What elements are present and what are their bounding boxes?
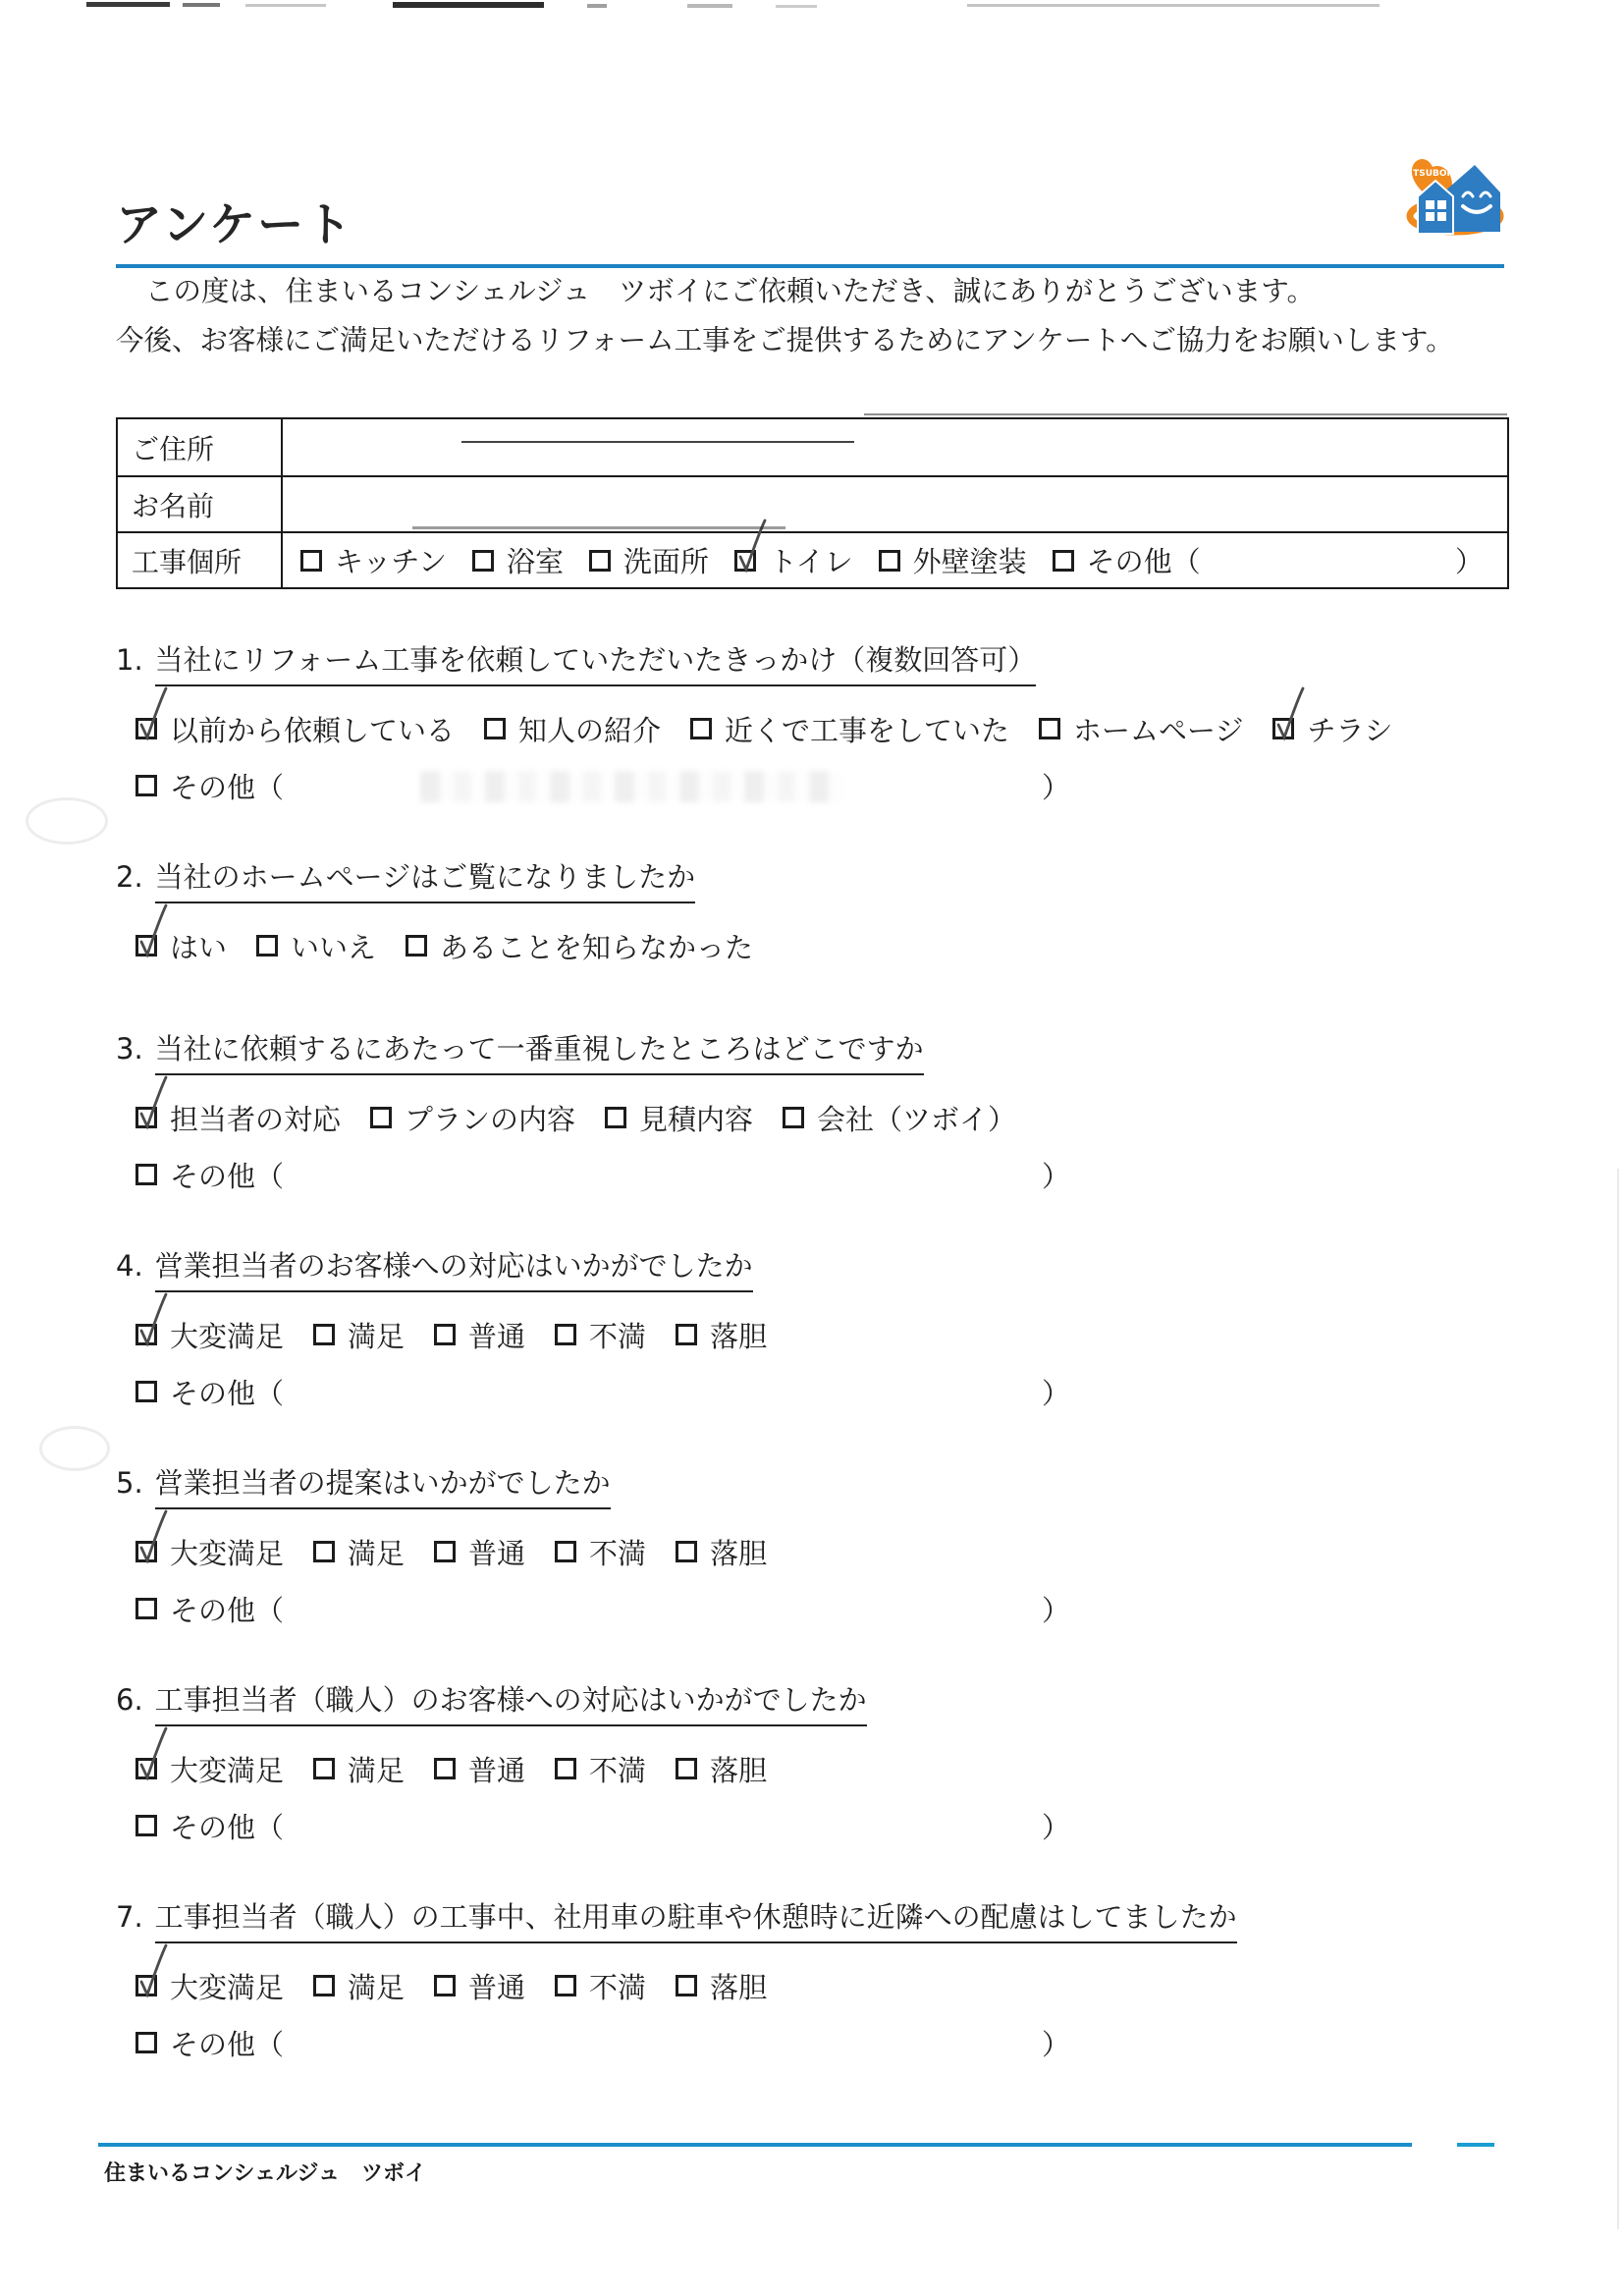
checkbox[interactable] xyxy=(313,1758,335,1779)
option-label: 落胆 xyxy=(710,1966,767,2006)
option: 大変満足 xyxy=(135,1315,284,1355)
header: TSUBOI アンケート xyxy=(116,147,1504,268)
other-close-paren: ） xyxy=(1042,1589,1070,1629)
other-label: その他（ xyxy=(170,2023,284,2063)
option-label: 普通 xyxy=(468,1315,525,1355)
question-number: 1. xyxy=(116,643,143,677)
other-option-row: その他（） xyxy=(135,1146,1070,1203)
option: ホームページ xyxy=(1039,709,1243,749)
scan-artifact xyxy=(183,3,220,7)
option: 満足 xyxy=(313,1532,405,1572)
survey-page: TSUBOI アンケート この度は、住まいるコンシェルジュ ツボイにご依頼いただ… xyxy=(0,0,1623,2296)
checkbox[interactable] xyxy=(555,1975,576,1996)
option-label: 洗面所 xyxy=(623,540,709,580)
other-close-paren: ） xyxy=(1042,2023,1070,2063)
question-number: 3. xyxy=(116,1032,143,1066)
checkbox[interactable] xyxy=(300,550,322,572)
other-close-paren: ） xyxy=(1042,1155,1070,1195)
checkbox[interactable] xyxy=(135,718,157,739)
option-label: 大変満足 xyxy=(170,1749,284,1789)
other-label: その他（ xyxy=(170,1155,284,1195)
check-mark-icon xyxy=(133,1723,172,1784)
option-label: 落胆 xyxy=(710,1532,767,1572)
other-option-row: その他（） xyxy=(135,757,1070,814)
question-text: 工事担当者（職人）のお客様への対応はいかがでしたか xyxy=(155,1678,867,1726)
option: 普通 xyxy=(434,1966,525,2006)
other-option-row: その他（） xyxy=(135,1363,1070,1420)
check-mark-icon xyxy=(133,1289,172,1350)
question-title: 4.営業担当者のお客様への対応はいかがでしたか xyxy=(116,1244,1530,1292)
scan-artifact xyxy=(967,4,1380,7)
option-label: 大変満足 xyxy=(170,1315,284,1355)
option-label: 担当者の対応 xyxy=(170,1098,341,1138)
option: 普通 xyxy=(434,1532,525,1572)
question-number: 2. xyxy=(116,860,143,894)
option: 不満 xyxy=(555,1532,646,1572)
question-title: 2.当社のホームページはご覧になりましたか xyxy=(116,855,1530,903)
question-text: 当社に依頼するにあたって一番重視したところはどこですか xyxy=(155,1027,924,1075)
checkbox[interactable] xyxy=(313,1324,335,1345)
checkbox[interactable] xyxy=(734,550,756,572)
name-label: お名前 xyxy=(118,477,283,531)
option: 普通 xyxy=(434,1315,525,1355)
checkbox[interactable] xyxy=(676,1324,697,1345)
other-option-row: その他（） xyxy=(135,1797,1070,1854)
scan-artifact xyxy=(39,1426,110,1471)
customer-info-table: ご住所 お名前 工事個所 キッチン浴室洗面所トイレ外壁塗装その他（） xyxy=(116,417,1509,589)
checkbox[interactable] xyxy=(313,1975,335,1996)
question-title: 6.工事担当者（職人）のお客様への対応はいかがでしたか xyxy=(116,1678,1530,1726)
check-mark-icon xyxy=(133,1506,172,1567)
option: 知人の紹介 xyxy=(484,709,661,749)
scan-artifact xyxy=(412,526,785,529)
option: 大変満足 xyxy=(135,1966,284,2006)
checkbox[interactable] xyxy=(676,1975,697,1996)
table-row-address: ご住所 xyxy=(118,419,1507,475)
option-label: 知人の紹介 xyxy=(518,709,661,749)
question: 1.当社にリフォーム工事を依頼していただいたきっかけ（複数回答可）以前から依頼し… xyxy=(116,638,1530,814)
checkbox[interactable] xyxy=(676,1758,697,1779)
option-label: 満足 xyxy=(348,1966,405,2006)
option-label: 不満 xyxy=(589,1315,646,1355)
other-option-row: その他（） xyxy=(135,2014,1070,2071)
scan-artifact xyxy=(26,797,108,845)
checkbox[interactable] xyxy=(135,1815,157,1836)
option-label: トイレ xyxy=(769,540,853,580)
question: 7.工事担当者（職人）の工事中、社用車の駐車や休憩時に近隣への配慮はしてましたか… xyxy=(116,1895,1530,2071)
option-label: 満足 xyxy=(348,1315,405,1355)
option-label: 普通 xyxy=(468,1749,525,1789)
question-number: 5. xyxy=(116,1466,143,1500)
worksite-label: 工事個所 xyxy=(118,533,283,587)
option-label: 普通 xyxy=(468,1532,525,1572)
option-label: 大変満足 xyxy=(170,1532,284,1572)
checkbox[interactable] xyxy=(135,935,157,957)
intro-line-1: この度は、住まいるコンシェルジュ ツボイにご依頼いただき、誠にありがとうございま… xyxy=(116,267,1530,316)
option: 浴室 xyxy=(472,540,564,580)
checkbox[interactable] xyxy=(555,1324,576,1345)
option: 不満 xyxy=(555,1315,646,1355)
question-title: 7.工事担当者（職人）の工事中、社用車の駐車や休憩時に近隣への配慮はしてましたか xyxy=(116,1895,1530,1943)
title-underline: アンケート xyxy=(116,189,1504,268)
svg-text:TSUBOI: TSUBOI xyxy=(1413,169,1450,179)
worksite-options: キッチン浴室洗面所トイレ外壁塗装その他（） xyxy=(283,533,1507,587)
question-options: 大変満足満足普通不満落胆 xyxy=(135,1306,1530,1363)
option: 落胆 xyxy=(676,1966,767,2006)
option: 担当者の対応 xyxy=(135,1098,341,1138)
other-close-paren: ） xyxy=(1042,1372,1070,1412)
question-title: 3.当社に依頼するにあたって一番重視したところはどこですか xyxy=(116,1027,1530,1075)
option-label: 落胆 xyxy=(710,1749,767,1789)
checkbox[interactable] xyxy=(370,1107,392,1128)
check-mark-icon xyxy=(133,1941,172,2001)
footer-rule xyxy=(98,2143,1412,2147)
intro-line-2: 今後、お客様にご満足いただけるリフォーム工事をご提供するためにアンケートへご協力… xyxy=(116,316,1530,365)
option: 満足 xyxy=(313,1749,405,1789)
option: チラシ xyxy=(1272,709,1392,749)
checkbox[interactable] xyxy=(135,1381,157,1402)
table-row-worksite: 工事個所 キッチン浴室洗面所トイレ外壁塗装その他（） xyxy=(118,531,1507,587)
check-mark-icon xyxy=(1270,683,1309,744)
question: 3.当社に依頼するにあたって一番重視したところはどこですか担当者の対応プランの内… xyxy=(116,1027,1530,1203)
question: 4.営業担当者のお客様への対応はいかがでしたか大変満足満足普通不満落胆その他（） xyxy=(116,1244,1530,1420)
checkbox[interactable] xyxy=(879,550,900,572)
footer-rule-dash xyxy=(1457,2143,1494,2147)
option: 不満 xyxy=(555,1749,646,1789)
checkbox[interactable] xyxy=(690,718,712,739)
option: 普通 xyxy=(434,1749,525,1789)
check-mark-icon xyxy=(133,683,172,744)
option-label: チラシ xyxy=(1307,709,1392,749)
option: はい xyxy=(135,926,227,966)
checkbox[interactable] xyxy=(135,1324,157,1345)
scan-artifact xyxy=(864,413,1507,415)
name-field[interactable] xyxy=(283,477,1507,531)
option: 見積内容 xyxy=(605,1098,753,1138)
scan-artifact xyxy=(587,4,607,8)
checkbox[interactable] xyxy=(256,935,278,957)
question-text: 工事担当者（職人）の工事中、社用車の駐車や休憩時に近隣への配慮はしてましたか xyxy=(155,1895,1237,1943)
option-label: 大変満足 xyxy=(170,1966,284,2006)
option-label: 見積内容 xyxy=(639,1098,753,1138)
option: プランの内容 xyxy=(370,1098,575,1138)
option: キッチン xyxy=(300,540,447,580)
checkbox[interactable] xyxy=(434,1758,456,1779)
option-label: 会社（ツボイ） xyxy=(817,1098,1016,1138)
other-close-paren: ） xyxy=(1042,1806,1070,1846)
option-label: 不満 xyxy=(589,1749,646,1789)
table-row-name: お名前 xyxy=(118,475,1507,531)
checkbox[interactable] xyxy=(783,1107,804,1128)
checkbox[interactable] xyxy=(1039,718,1060,739)
question-options: はいいいえあることを知らなかった xyxy=(135,917,1530,974)
question-options: 大変満足満足普通不満落胆 xyxy=(135,1740,1530,1797)
company-logo: TSUBOI xyxy=(1406,145,1504,240)
other-label: その他（ xyxy=(170,1806,284,1846)
house-logo-icon: TSUBOI xyxy=(1406,145,1504,240)
option-label: 落胆 xyxy=(710,1315,767,1355)
question-title: 1.当社にリフォーム工事を依頼していただいたきっかけ（複数回答可） xyxy=(116,638,1530,686)
option-label: 満足 xyxy=(348,1532,405,1572)
checkbox[interactable] xyxy=(484,718,506,739)
checkbox[interactable] xyxy=(135,1598,157,1619)
checkbox[interactable] xyxy=(135,1541,157,1562)
option-label: あることを知らなかった xyxy=(440,926,753,966)
option: 会社（ツボイ） xyxy=(783,1098,1016,1138)
checkbox[interactable] xyxy=(605,1107,626,1128)
question: 5.営業担当者の提案はいかがでしたか大変満足満足普通不満落胆その他（） xyxy=(116,1461,1530,1637)
option-label: ホームページ xyxy=(1073,709,1243,749)
checkbox[interactable] xyxy=(434,1975,456,1996)
option: その他（ xyxy=(1053,540,1201,580)
option-label: プランの内容 xyxy=(405,1098,575,1138)
option: あることを知らなかった xyxy=(406,926,753,966)
option: 落胆 xyxy=(676,1532,767,1572)
checkbox[interactable] xyxy=(313,1541,335,1562)
check-mark-icon xyxy=(133,901,172,961)
question-options: 担当者の対応プランの内容見積内容会社（ツボイ） xyxy=(135,1089,1530,1146)
option: 外壁塗装 xyxy=(879,540,1027,580)
option-label: 外壁塗装 xyxy=(913,540,1027,580)
question-options: 大変満足満足普通不満落胆 xyxy=(135,1957,1530,2014)
scan-artifact xyxy=(461,441,854,443)
question-title: 5.営業担当者の提案はいかがでしたか xyxy=(116,1461,1530,1509)
intro-text: この度は、住まいるコンシェルジュ ツボイにご依頼いただき、誠にありがとうございま… xyxy=(116,267,1530,365)
question-options: 大変満足満足普通不満落胆 xyxy=(135,1523,1530,1580)
address-label: ご住所 xyxy=(118,419,283,475)
checkbox[interactable] xyxy=(555,1758,576,1779)
checkbox[interactable] xyxy=(1053,550,1074,572)
option: 満足 xyxy=(313,1315,405,1355)
other-close-paren: ） xyxy=(1042,766,1070,806)
option-label: 不満 xyxy=(589,1966,646,2006)
question-number: 7. xyxy=(116,1900,143,1934)
option-label: はい xyxy=(170,926,227,966)
other-label: その他（ xyxy=(170,766,284,806)
checkbox[interactable] xyxy=(406,935,427,957)
scan-artifact xyxy=(1617,1169,1619,2229)
option: いいえ xyxy=(256,926,376,966)
checkbox[interactable] xyxy=(589,550,611,572)
other-label: その他（ xyxy=(170,1372,284,1412)
option: 大変満足 xyxy=(135,1749,284,1789)
question-text: 当社のホームページはご覧になりましたか xyxy=(155,855,695,903)
address-field[interactable] xyxy=(283,419,1507,475)
option-label: その他（ xyxy=(1087,540,1201,580)
footer-company-name: 住まいるコンシェルジュ ツボイ xyxy=(104,2157,426,2187)
checkbox[interactable] xyxy=(434,1324,456,1345)
checkbox[interactable] xyxy=(135,1164,157,1185)
scan-artifact xyxy=(776,5,817,8)
checkbox[interactable] xyxy=(472,550,494,572)
checkbox[interactable] xyxy=(135,1758,157,1779)
other-label: その他（ xyxy=(170,1589,284,1629)
option: 不満 xyxy=(555,1966,646,2006)
question-list: 1.当社にリフォーム工事を依頼していただいたきっかけ（複数回答可）以前から依頼し… xyxy=(116,638,1530,2112)
option-label: キッチン xyxy=(335,540,447,580)
checkbox[interactable] xyxy=(434,1541,456,1562)
option-label: 普通 xyxy=(468,1966,525,2006)
option: 洗面所 xyxy=(589,540,709,580)
checkbox[interactable] xyxy=(1272,718,1294,739)
option: 落胆 xyxy=(676,1749,767,1789)
option: トイレ xyxy=(734,540,853,580)
option: 落胆 xyxy=(676,1315,767,1355)
option-label: 浴室 xyxy=(507,540,564,580)
checkbox[interactable] xyxy=(135,775,157,796)
question-number: 4. xyxy=(116,1249,143,1283)
checkbox[interactable] xyxy=(135,1107,157,1128)
question-number: 6. xyxy=(116,1683,143,1717)
option: 近くで工事をしていた xyxy=(690,709,1009,749)
checkbox[interactable] xyxy=(135,2032,157,2053)
question-text: 営業担当者のお客様への対応はいかがでしたか xyxy=(155,1244,753,1292)
scan-artifact xyxy=(245,4,326,7)
other-option-row: その他（） xyxy=(135,1580,1070,1637)
option: 以前から依頼している xyxy=(135,709,455,749)
option-label: 満足 xyxy=(348,1749,405,1789)
other-close-paren: ） xyxy=(1455,540,1484,580)
option: 大変満足 xyxy=(135,1532,284,1572)
option-label: 近くで工事をしていた xyxy=(725,709,1009,749)
scan-artifact xyxy=(687,4,732,8)
page-title: アンケート xyxy=(116,189,1504,254)
scan-artifact xyxy=(393,2,544,8)
checkbox[interactable] xyxy=(135,1975,157,1996)
question-text: 当社にリフォーム工事を依頼していただいたきっかけ（複数回答可） xyxy=(155,638,1037,686)
option-label: 不満 xyxy=(589,1532,646,1572)
question-text: 営業担当者の提案はいかがでしたか xyxy=(155,1461,611,1509)
scan-artifact xyxy=(420,771,842,802)
question: 6.工事担当者（職人）のお客様への対応はいかがでしたか大変満足満足普通不満落胆そ… xyxy=(116,1678,1530,1854)
check-mark-icon xyxy=(133,1072,172,1133)
question: 2.当社のホームページはご覧になりましたかはいいいえあることを知らなかった xyxy=(116,855,1530,974)
question-options: 以前から依頼している知人の紹介近くで工事をしていたホームページチラシ xyxy=(135,700,1530,757)
checkbox[interactable] xyxy=(676,1541,697,1562)
scan-artifact xyxy=(86,2,170,7)
checkbox[interactable] xyxy=(555,1541,576,1562)
option-label: 以前から依頼している xyxy=(170,709,455,749)
option-label: いいえ xyxy=(291,926,376,966)
option: 満足 xyxy=(313,1966,405,2006)
